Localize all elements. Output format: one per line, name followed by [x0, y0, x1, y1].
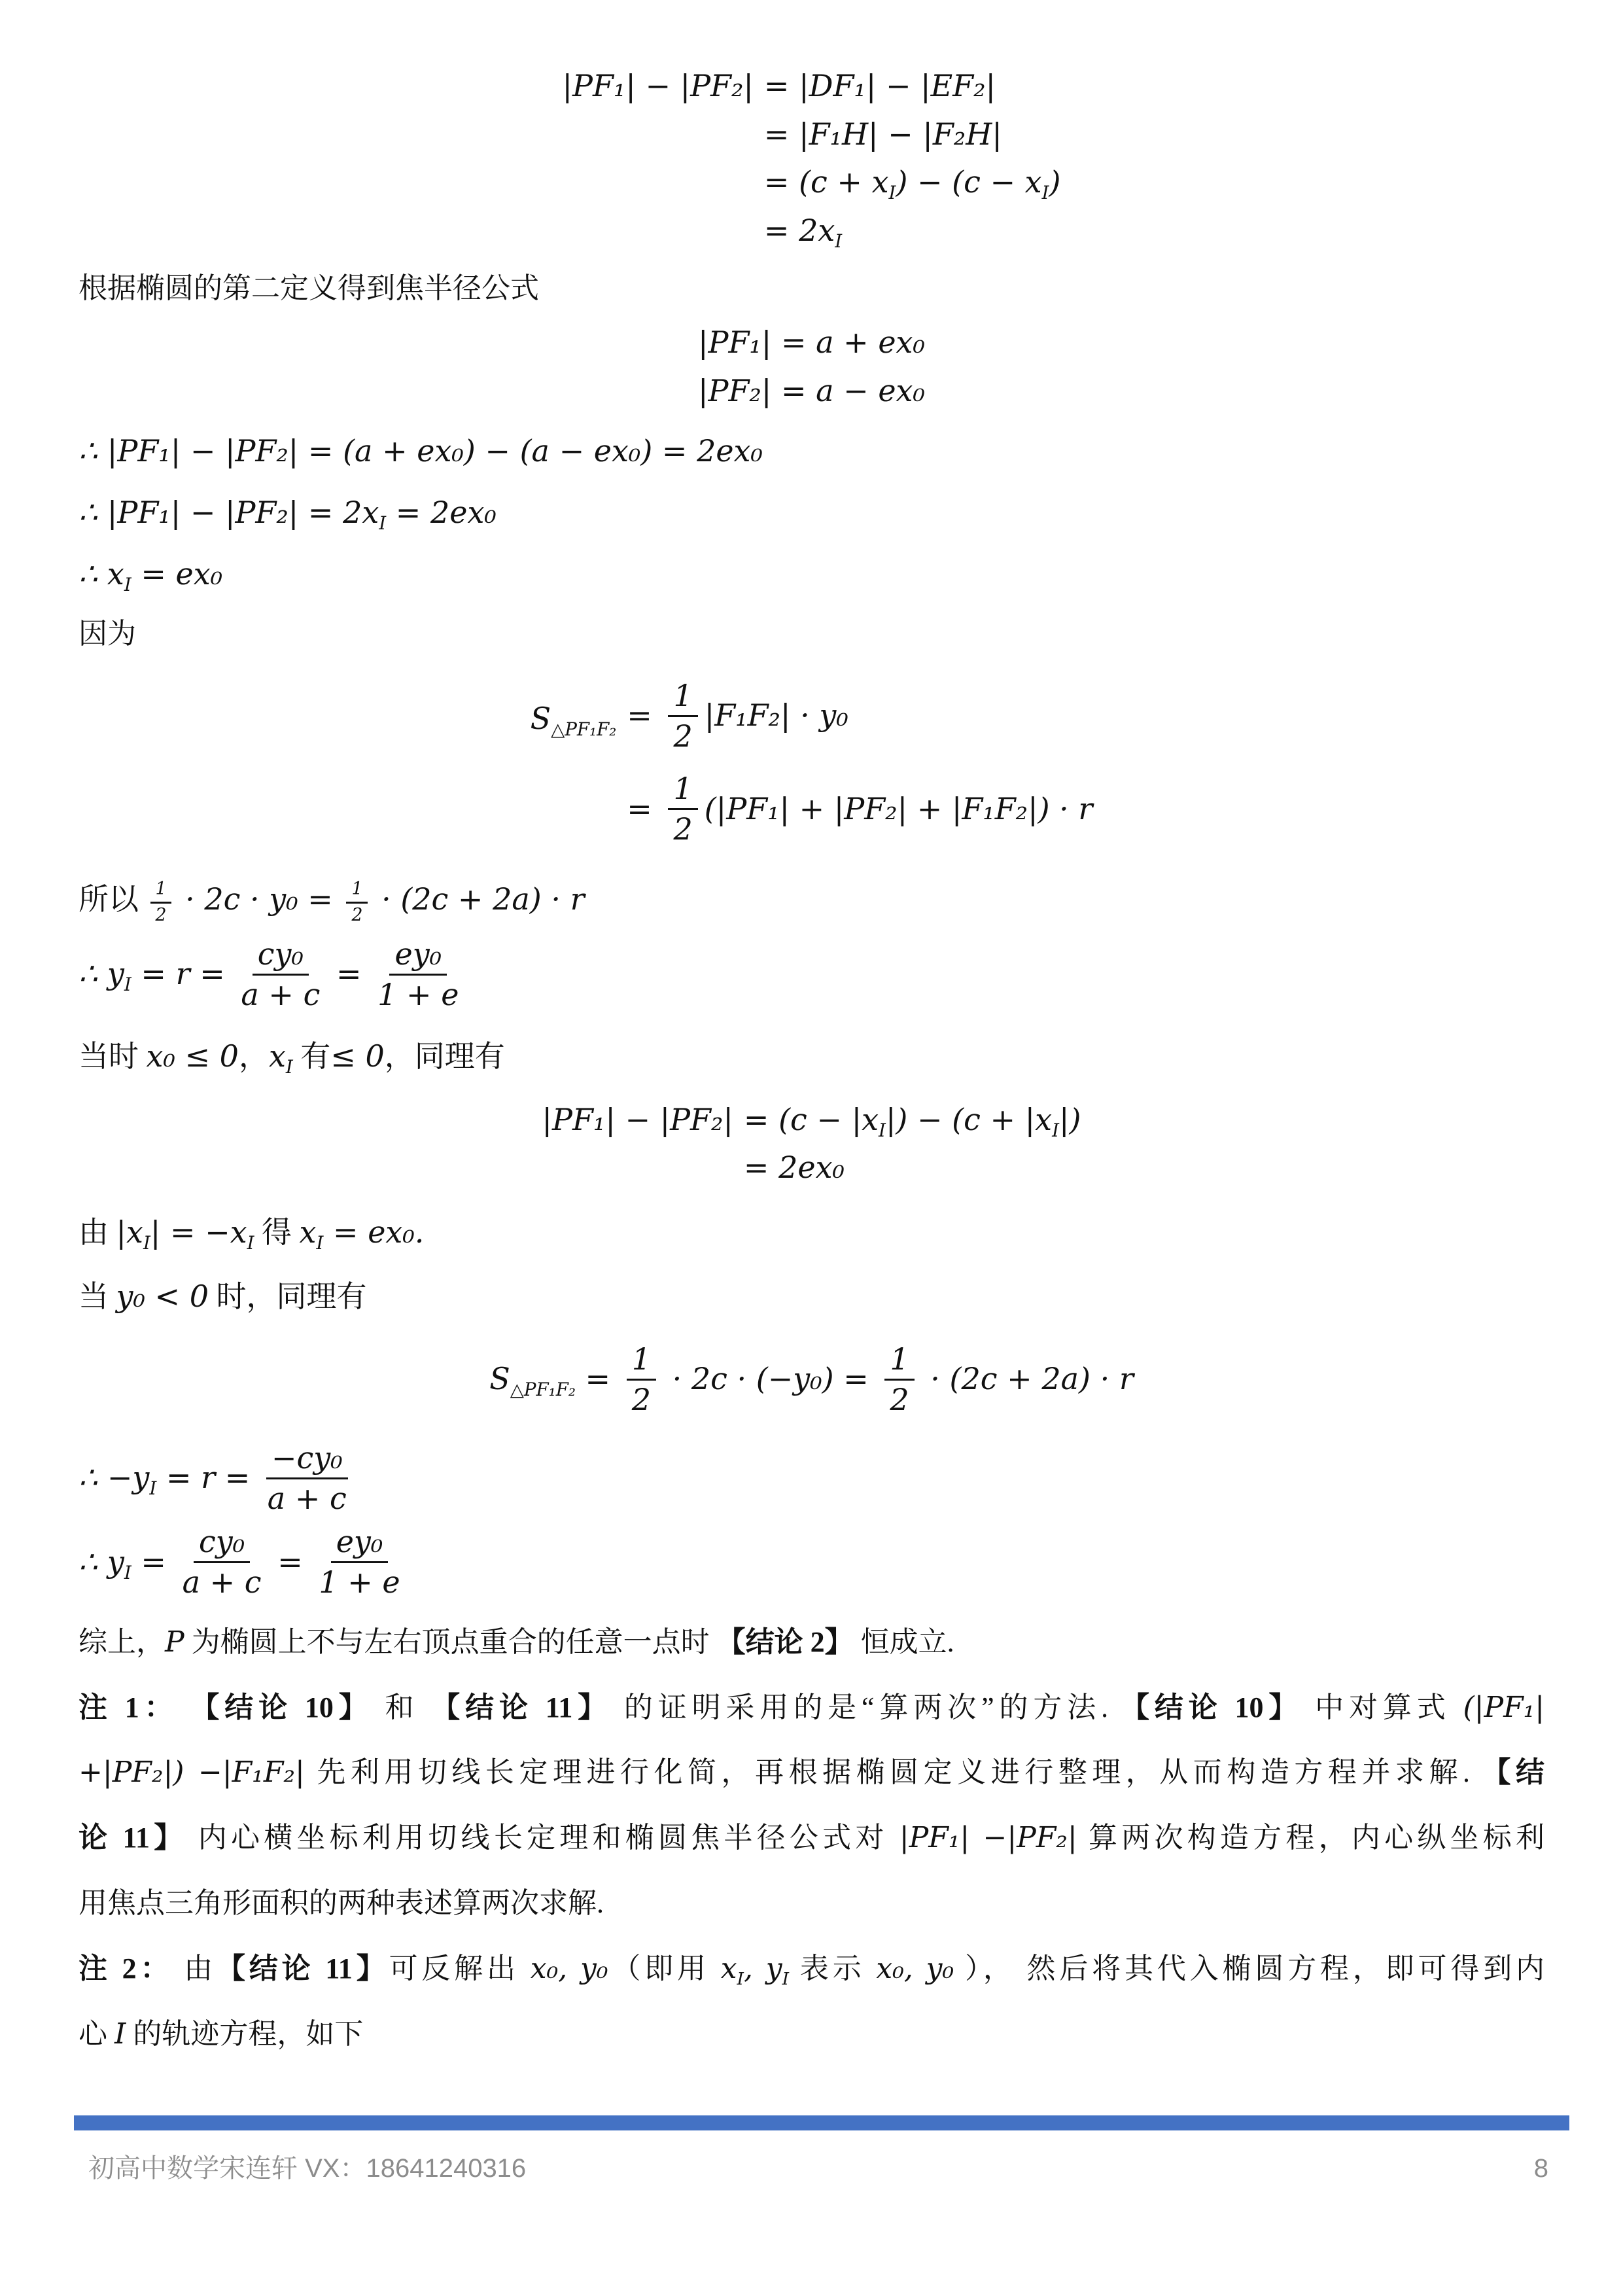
equation-align-grid: |PF₁| − |PF₂| = (c − |xI|) − (c + |xI|) … [542, 1096, 1081, 1192]
note2-line2: 心 I 的轨迹方程，如下 [79, 2013, 1544, 2055]
equation-rhs: = 2ex₀ [744, 1144, 1081, 1192]
equation-lhs: |PF₁| − |PF₂| [563, 62, 754, 111]
equation-rhs: = |DF₁| − |EF₂| [764, 62, 1061, 111]
equation-rhs: = |F₁H| − |F₂H| [764, 111, 1061, 159]
line-therefore-difference: ∴ |PF₁| − |PF₂| = (a + ex₀) − (a − ex₀) … [79, 429, 1544, 474]
line-when-x0-negative: 当时 x₀ ≤ 0，xI 有≤ 0，同理有 [79, 1034, 1544, 1079]
note1-line1: 注 1： 【结论 10】 和 【结论 11】 的证明采用的是“算两次”的方法. … [79, 1687, 1544, 1729]
note2-line1: 注 2： 由【结论 11】可反解出 x₀, y₀（即用 xI, yI 表示 x₀… [79, 1948, 1544, 1990]
line-yI-final: ∴ yI = cy₀a + c = ey₀1 + e [79, 1528, 1544, 1603]
equation-lhs: S△PF₁F₂ [531, 692, 617, 746]
equation-lhs-empty [531, 803, 617, 821]
equation-rhs: = (c + xI) − (c − xI) [764, 158, 1061, 207]
footer-brand-text: 初高中数学宋连轩 VX：18641240316 [88, 2147, 526, 2185]
equation-row: |PF₂| = a − ex₀ [698, 367, 925, 415]
document-page: |PF₁| − |PF₂| = |DF₁| − |EF₂| = |F₁H| − … [0, 0, 1623, 2296]
equation-rhs: = 12|F₁F₂| · y₀ [627, 672, 1092, 766]
page-footer: 初高中数学宋连轩 VX：18641240316 8 [88, 2147, 1548, 2185]
line-when-y0-negative: 当 y₀ < 0 时，同理有 [79, 1275, 1544, 1319]
equation-rhs: = 2xI [764, 207, 1061, 255]
equation-block-abs-difference: |PF₁| − |PF₂| = (c − |xI|) − (c + |xI|) … [79, 1096, 1544, 1192]
page-number: 8 [1534, 2154, 1548, 2183]
line-suoyi-equation: 所以 12 · 2c · y₀ = 12 · (2c + 2a) · r [79, 877, 1544, 926]
equation-row: S△PF₁F₂ = 12 · 2c · (−y₀) = 12 · (2c + 2… [489, 1335, 1134, 1429]
line-negative-yI: ∴ −yI = r = −cy₀a + c [79, 1443, 1544, 1519]
note1-line2: +|PF₂|) −|F₁F₂| 先利用切线长定理进行化简，再根据椭圆定义进行整理… [79, 1752, 1544, 1793]
equation-block-focal-radius: |PF₁| = a + ex₀ |PF₂| = a − ex₀ [79, 319, 1544, 415]
line-you-xI: 由 |xI| = −xI 得 xI = ex₀. [79, 1210, 1544, 1255]
equation-rhs: = (c − |xI|) − (c + |xI|) [744, 1096, 1081, 1144]
equation-block-triangle-area-negative: S△PF₁F₂ = 12 · 2c · (−y₀) = 12 · (2c + 2… [79, 1335, 1544, 1429]
note1-line3: 论 11】 内心横坐标利用切线长定理和椭圆焦半径公式对 |PF₁| −|PF₂|… [79, 1817, 1544, 1859]
equation-align-grid: |PF₁| = a + ex₀ |PF₂| = a − ex₀ [698, 319, 925, 415]
equation-rhs: = 12(|PF₁| + |PF₂| + |F₁F₂|) · r [627, 766, 1092, 859]
equation-lhs: |PF₁| − |PF₂| [542, 1096, 733, 1144]
equation-block-pf-difference: |PF₁| − |PF₂| = |DF₁| − |EF₂| = |F₁H| − … [79, 62, 1544, 255]
equation-align-grid: S△PF₁F₂ = 12|F₁F₂| · y₀ = 12(|PF₁| + |PF… [531, 672, 1093, 859]
line-therefore-xI: ∴ xI = ex₀ [79, 552, 1544, 597]
line-yI-radius: ∴ yI = r = cy₀a + c = ey₀1 + e [79, 940, 1544, 1015]
footer-accent-bar [74, 2115, 1569, 2130]
line-therefore-2xI: ∴ |PF₁| − |PF₂| = 2xI = 2ex₀ [79, 491, 1544, 535]
paragraph-because: 因为 [79, 613, 1544, 655]
equation-row: |PF₁| = a + ex₀ [698, 319, 925, 367]
paragraph-conclusion: 综上，P 为椭圆上不与左右顶点重合的任意一点时 【结论 2】 恒成立. [79, 1621, 1544, 1663]
equation-block-triangle-area: S△PF₁F₂ = 12|F₁F₂| · y₀ = 12(|PF₁| + |PF… [79, 672, 1544, 859]
note1-line4: 用焦点三角形面积的两种表述算两次求解. [79, 1882, 1544, 1924]
paragraph-second-definition: 根据椭圆的第二定义得到焦半径公式 [79, 268, 1544, 309]
equation-align-grid: |PF₁| − |PF₂| = |DF₁| − |EF₂| = |F₁H| − … [563, 62, 1061, 255]
